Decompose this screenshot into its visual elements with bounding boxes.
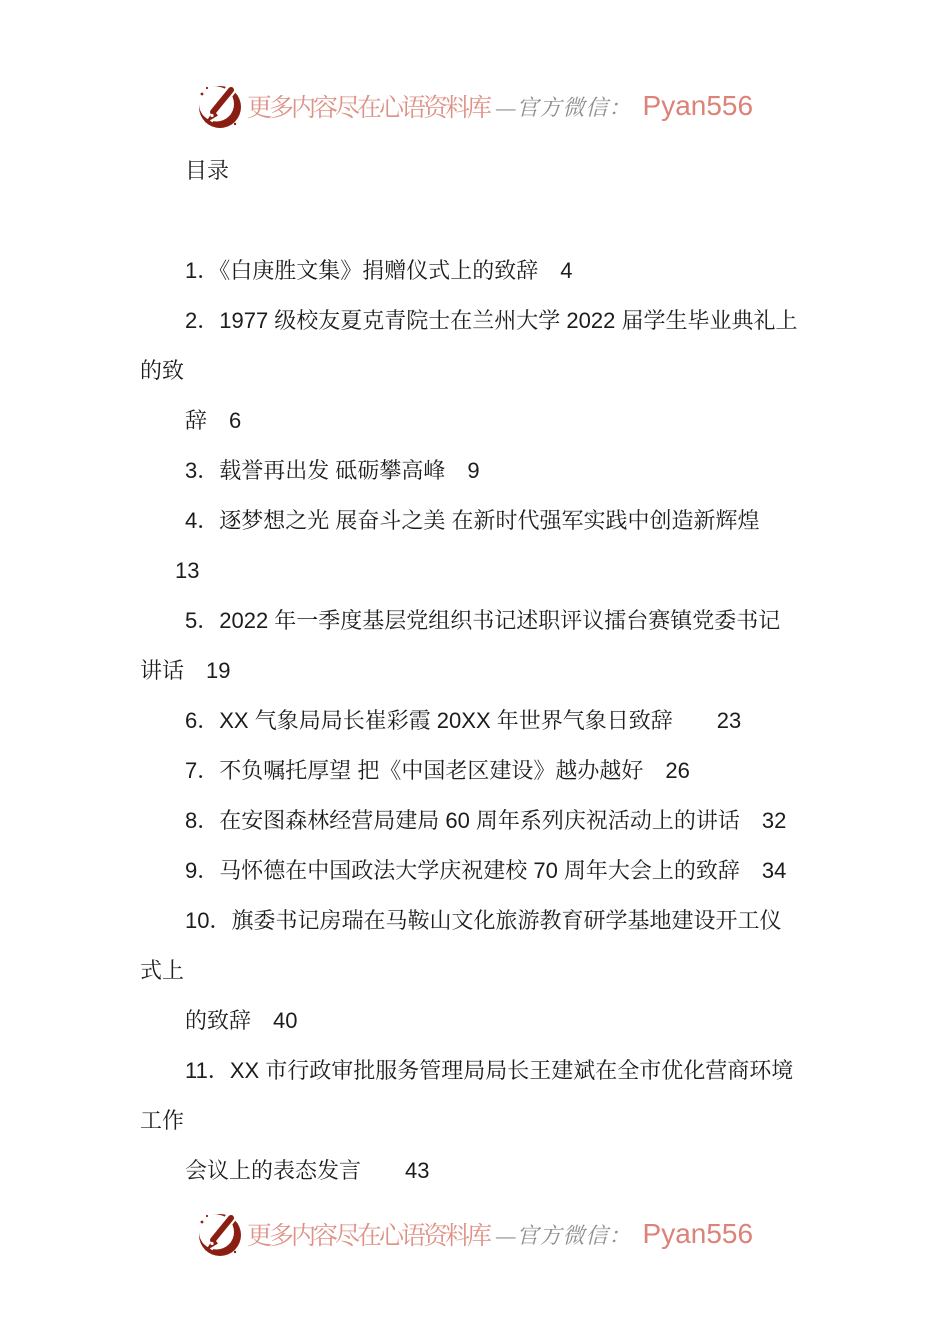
toc-line: 11．XX 市行政审批服务管理局局长王建斌在全市优化营商环境 [140,1046,830,1096]
pen-nib-icon [197,1210,242,1258]
toc-line: 4．逐梦想之光 展奋斗之美 在新时代强军实践中创造新辉煌 [140,496,830,546]
watermark-wechat-label: —官方微信： [496,91,632,122]
watermark-wechat-id: Pyan556 [643,90,754,122]
toc-line: 式上 [140,946,830,996]
toc-line: 9．马怀德在中国政法大学庆祝建校 70 周年大会上的致辞 34 [140,846,830,896]
toc-line: 讲话 19 [140,646,830,696]
toc-line: 5．2022 年一季度基层党组织书记述职评议擂台赛镇党委书记 [140,596,830,646]
toc-line: 1．《白庚胜文集》捐赠仪式上的致辞 4 [140,246,830,296]
page-title: 目录 [140,146,830,196]
blank-line [140,196,830,246]
footer-watermark: 更多内容尽在心语资料库 —官方微信： Pyan556 [0,1210,950,1258]
toc-line: 7．不负嘱托厚望 把《中国老区建设》越办越好 26 [140,746,830,796]
toc-line: 2．1977 级校友夏克青院士在兰州大学 2022 届学生毕业典礼上 [140,296,830,346]
pen-nib-icon [197,82,242,130]
toc-line: 辞 6 [140,396,830,446]
watermark-wechat-id: Pyan556 [643,1218,754,1250]
toc-line: 13 [140,546,830,596]
toc-line: 会议上的表态发言 43 [140,1146,830,1196]
watermark-brand-text: 更多内容尽在心语资料库 [247,1216,489,1252]
toc-line: 6．XX 气象局局长崔彩霞 20XX 年世界气象日致辞 23 [140,696,830,746]
toc-line: 的致辞 40 [140,996,830,1046]
toc-line: 3．载誉再出发 砥砺攀高峰 9 [140,446,830,496]
toc-line: 8．在安图森林经营局建局 60 周年系列庆祝活动上的讲话 32 [140,796,830,846]
watermark-wechat-label: —官方微信： [496,1219,632,1250]
toc-line: 的致 [140,346,830,396]
watermark-brand-text: 更多内容尽在心语资料库 [247,88,489,124]
toc-line: 工作 [140,1096,830,1146]
header-watermark: 更多内容尽在心语资料库 —官方微信： Pyan556 [0,82,950,130]
toc-page: 目录 1．《白庚胜文集》捐赠仪式上的致辞 4 2．1977 级校友夏克青院士在兰… [140,146,830,1196]
toc-line: 10．旗委书记房瑞在马鞍山文化旅游教育研学基地建设开工仪 [140,896,830,946]
